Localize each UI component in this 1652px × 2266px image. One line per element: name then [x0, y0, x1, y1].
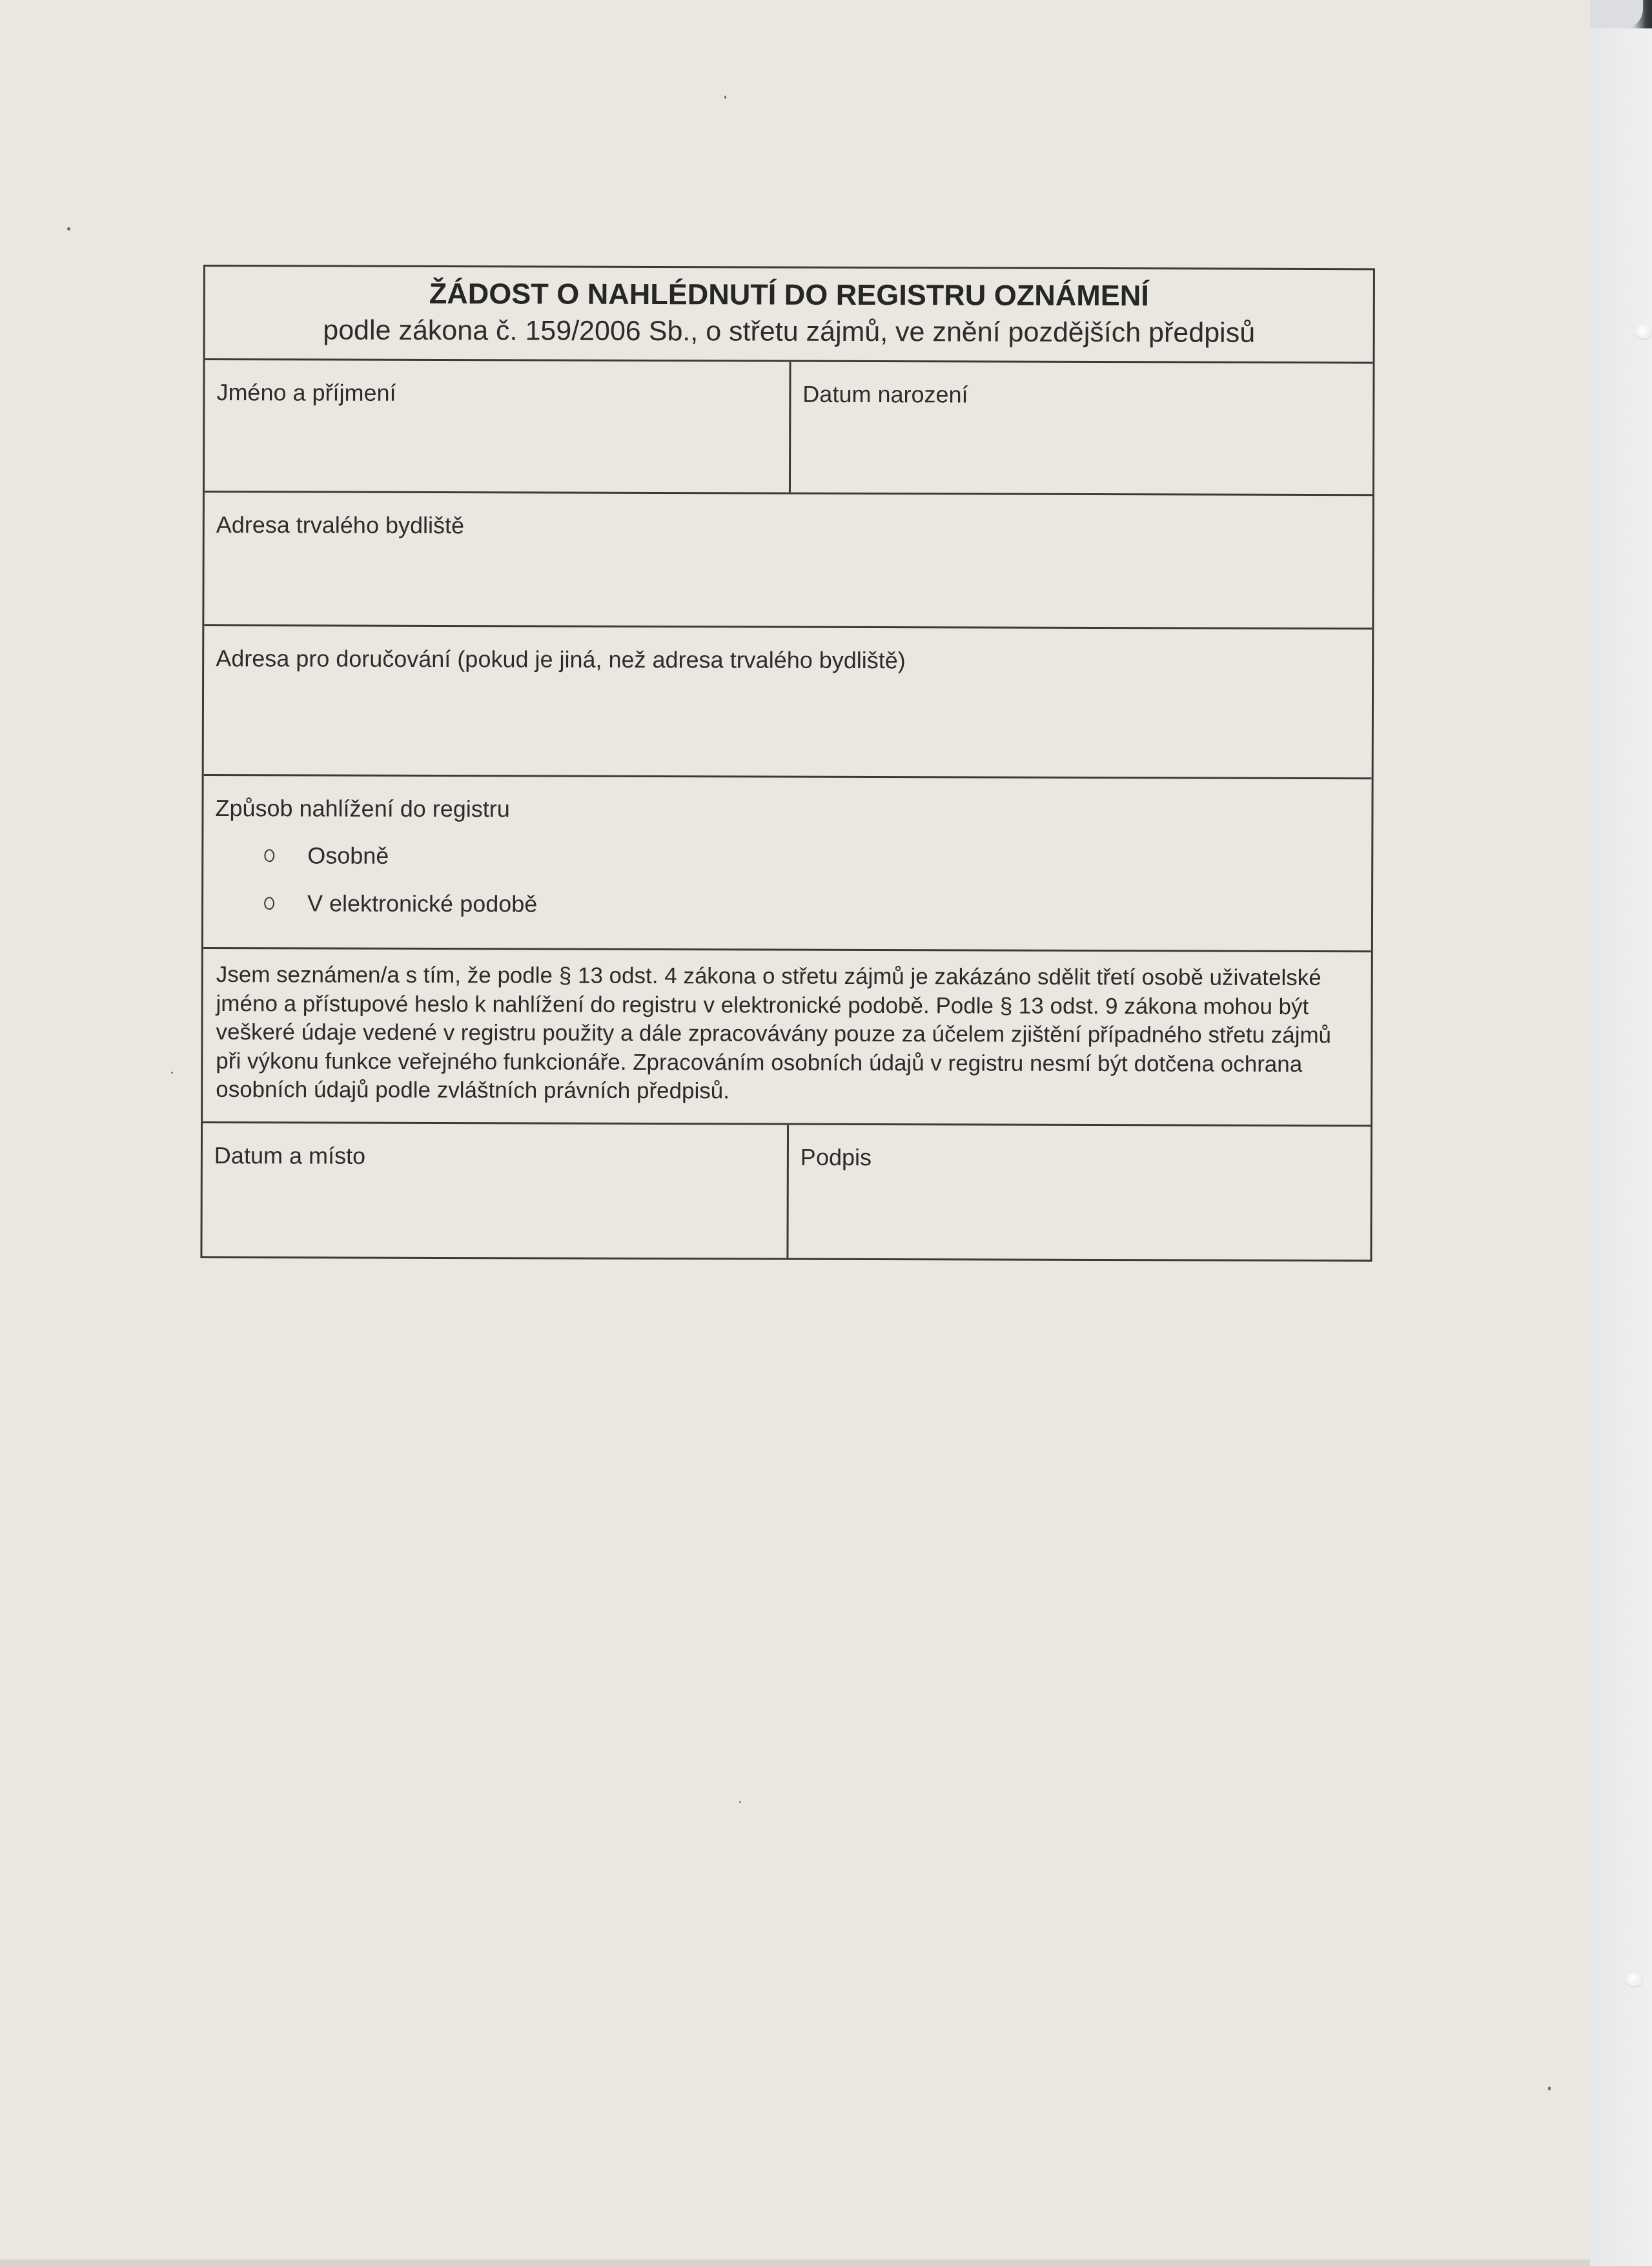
declaration-text: Jsem seznámen/a s tím, že podle § 13 ods…: [203, 949, 1371, 1108]
permanent-address-label: Adresa trvalého bydliště: [216, 511, 1372, 542]
access-method-section: Způsob nahlížení do registru Osobně V el…: [203, 774, 1372, 950]
scan-speck: [724, 96, 726, 99]
scan-speck: [1548, 2087, 1551, 2090]
paper-bottom-edge: [0, 2260, 1590, 2266]
request-form: ŽÁDOST O NAHLÉDNUTÍ DO REGISTRU OZNÁMENÍ…: [200, 265, 1375, 1261]
radio-circle-icon[interactable]: [264, 849, 274, 862]
scan-speck: [739, 1801, 741, 1803]
permanent-address-field[interactable]: Adresa trvalého bydliště: [204, 491, 1372, 628]
scanner-knob: [1635, 325, 1652, 339]
signature-field[interactable]: Podpis: [788, 1125, 1371, 1260]
form-title: ŽÁDOST O NAHLÉDNUTÍ DO REGISTRU OZNÁMENÍ: [205, 274, 1373, 315]
option-label: Osobně: [307, 842, 389, 869]
form-header: ŽÁDOST O NAHLÉDNUTÍ DO REGISTRU OZNÁMENÍ…: [205, 267, 1373, 362]
access-method-options: Osobně V elektronické podobě: [215, 832, 1371, 930]
scanner-knob: [1626, 1972, 1643, 1986]
signature-label: Podpis: [801, 1143, 1371, 1174]
option-electronic[interactable]: V elektronické podobě: [215, 879, 1371, 930]
delivery-address-label: Adresa pro doručování (pokud je jiná, ne…: [216, 644, 1372, 676]
scanner-lid: [1590, 0, 1652, 2266]
row-name-birthdate: Jméno a příjmení Datum narození: [205, 358, 1373, 494]
delivery-address-field[interactable]: Adresa pro doručování (pokud je jiná, ne…: [204, 624, 1372, 777]
declaration-section: Jsem seznámen/a s tím, že podle § 13 ods…: [203, 947, 1371, 1125]
scanner-corner: [1590, 0, 1652, 28]
full-name-label: Jméno a příjmení: [216, 378, 789, 409]
radio-circle-icon[interactable]: [264, 897, 274, 910]
date-place-field[interactable]: Datum a místo: [202, 1123, 789, 1258]
access-method-label: Způsob nahlížení do registru: [215, 794, 1371, 826]
option-in-person[interactable]: Osobně: [215, 832, 1371, 883]
birth-date-field[interactable]: Datum narození: [791, 362, 1373, 495]
full-name-field[interactable]: Jméno a příjmení: [205, 360, 791, 493]
date-place-label: Datum a místo: [214, 1141, 787, 1172]
option-label: V elektronické podobě: [307, 890, 537, 917]
scan-speck: [67, 227, 70, 230]
scan-speck: [171, 1072, 173, 1074]
form-subtitle: podle zákona č. 159/2006 Sb., o střetu z…: [205, 312, 1373, 351]
birth-date-label: Datum narození: [802, 380, 1372, 411]
row-date-signature: Datum a místo Podpis: [202, 1121, 1371, 1260]
